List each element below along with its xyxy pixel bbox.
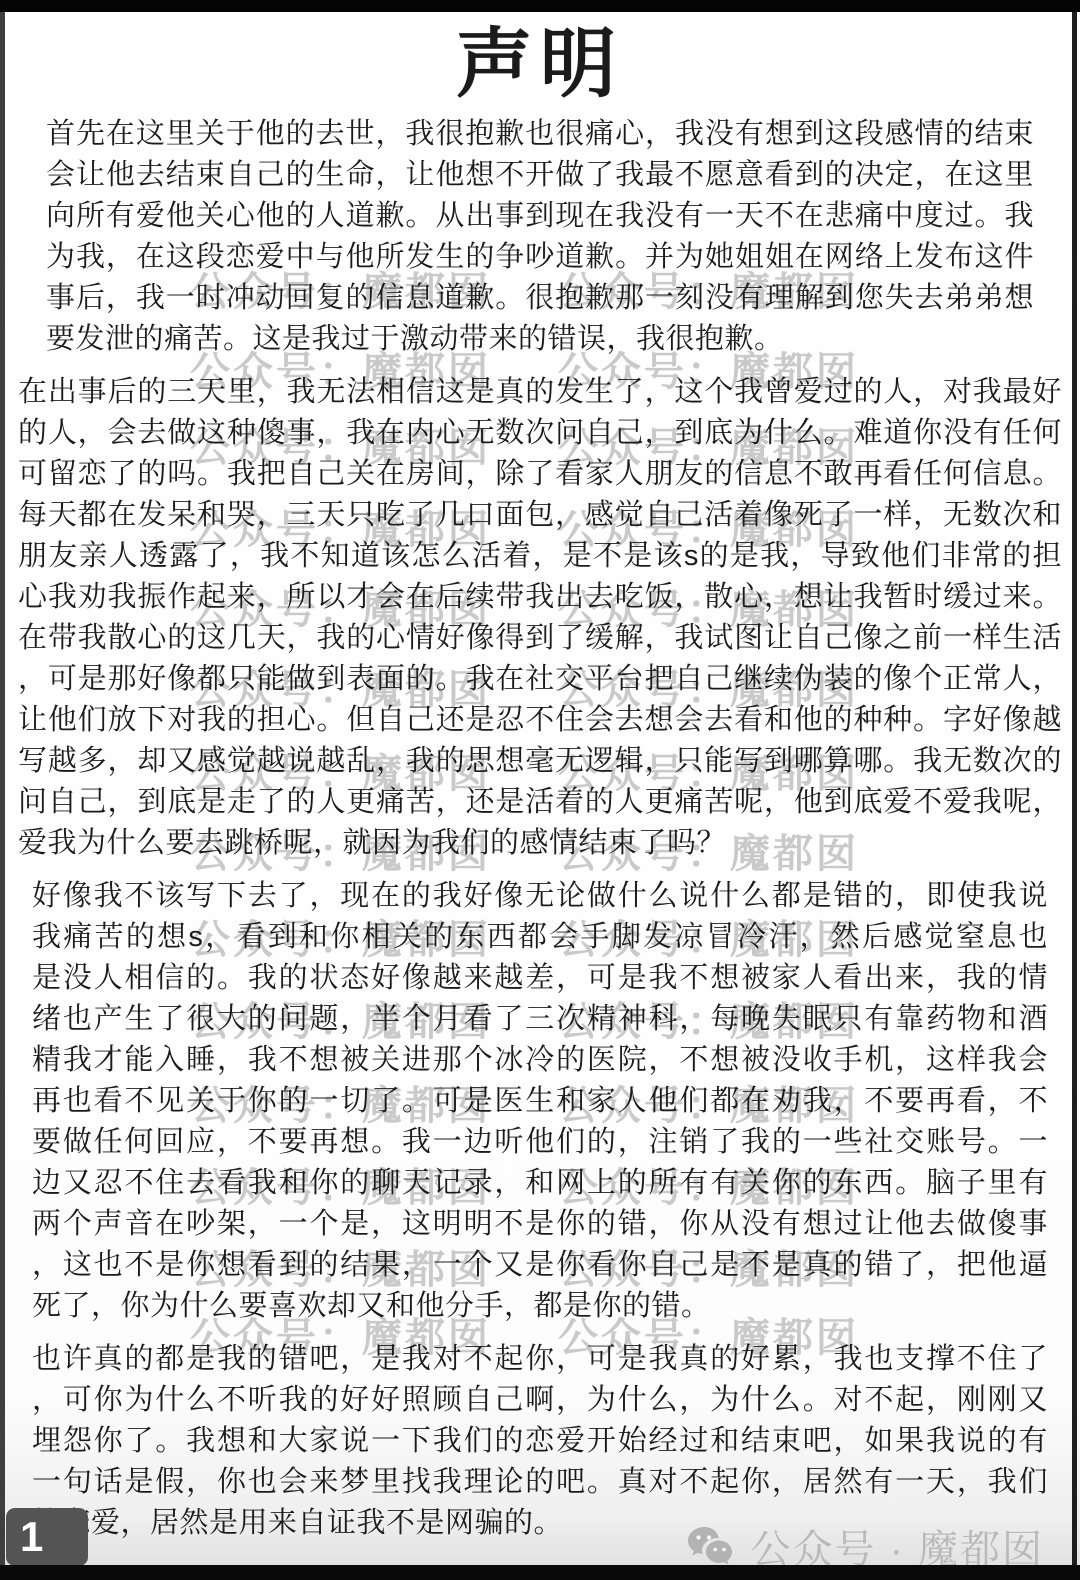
text-line: 边又忍不住去看我和你的聊天记录，和网上的所有有关你的东西。脑子里有 [32,1163,1048,1204]
paragraph: 在出事后的三天里，我无法相信这是真的发生了，这个我曾爱过的人，对我最好的人，会去… [18,372,1062,864]
text-line: 死了，你为什么要喜欢却又和他分手，都是你的错。 [32,1286,1048,1327]
text-line: 首先在这里关于他的去世，我很抱歉也很痛心，我没有想到这段感情的结束 [46,114,1034,155]
text-line: 写越多，却又感觉越说越乱，我的思想毫无逻辑，只能写到哪算哪。我无数次的 [18,741,1062,782]
text-line: 可留恋了的吗。我把自己关在房间，除了看家人朋友的信息不敢再看任何信息。 [18,454,1062,495]
text-line: 也许真的都是我的错吧，是我对不起你，可是我真的好累，我也支撑不住了 [32,1339,1048,1380]
text-line: 再也看不见关于你的一切了。可是医生和家人他们都在劝我，不要再看，不 [32,1081,1048,1122]
text-line: 让他们放下对我的担心。但自己还是忍不住会去想会去看和他的种种。字好像越 [18,700,1062,741]
page-title: 声明 [16,22,1064,108]
text-line: 在带我散心的这几天，我的心情好像得到了缓解，我试图让自己像之前一样生活 [18,618,1062,659]
text-line: 为我，在这段恋爱中与他所发生的争吵道歉。并为她姐姐在网络上发布这件 [46,237,1034,278]
left-border [0,12,5,1580]
text-line: 要做任何回应，不要再想。我一边听他们的，注销了我的一些社交账号。一 [32,1122,1048,1163]
text-line: 的人，会去做这种傻事，我在内心无数次问自己，到底为什么。难道你没有任何 [18,413,1062,454]
paragraph: 首先在这里关于他的去世，我很抱歉也很痛心，我没有想到这段感情的结束会让他去结束自… [46,114,1034,360]
text-line: 我痛苦的想s，看到和你相关的东西都会手脚发凉冒冷汗，然后感觉窒息也 [32,917,1048,958]
statement-body: 首先在这里关于他的去世，我很抱歉也很痛心，我没有想到这段感情的结束会让他去结束自… [16,114,1064,1544]
text-line: 绪也产生了很大的问题，半个月看了三次精神科，每晚失眠只有靠药物和酒 [32,999,1048,1040]
statement-page: 公众号：魔都囡公众号：魔都囡公众号：魔都囡公众号：魔都囡公众号：魔都囡公众号：魔… [0,0,1080,1580]
text-line: ，可是那好像都只能做到表面的。我在社交平台把自己继续伪装的像个正常人， [18,659,1062,700]
text-line: 精我才能入睡，我不想被关进那个冰冷的医院，不想被没收手机，这样我会 [32,1040,1048,1081]
text-line: 两个声音在吵架，一个是，这明明不是你的错，你从没有想过让他去做傻事 [32,1204,1048,1245]
wechat-icon [686,1526,736,1568]
text-line: 问自己，到底是走了的人更痛苦，还是活着的人更痛苦呢，他到底爱不爱我呢， [18,782,1062,823]
paragraph: 也许真的都是我的错吧，是我对不起你，可是我真的好累，我也支撑不住了，可你为什么不… [32,1339,1048,1544]
bottom-border [0,1565,1080,1580]
text-line: 要发泄的痛苦。这是我过于激动带来的错误，我很抱歉。 [46,319,1034,360]
text-line: 每天都在发呆和哭，三天只吃了几口面包，感觉自己活着像死了一样，无数次和 [18,495,1062,536]
text-line: ，这也不是你想看到的结果，一个又是你看你自己是不是真的错了，把他逼 [32,1245,1048,1286]
page-number-badge: 1 [6,1508,88,1566]
text-line: 会让他去结束自己的生命，让他想不开做了我最不愿意看到的决定，在这里 [46,155,1034,196]
text-line: 心我劝我振作起来，所以才会在后续带我出去吃饭，散心，想让我暂时缓过来。 [18,577,1062,618]
page-number: 1 [20,1516,43,1558]
text-line: 在出事后的三天里，我无法相信这是真的发生了，这个我曾爱过的人，对我最好 [18,372,1062,413]
text-line: ，可你为什么不听我的好好照顾自己啊，为什么，为什么。对不起，刚刚又 [32,1380,1048,1421]
text-line: 事后，我一时冲动回复的信息道歉。很抱歉那一刻没有理解到您失去弟弟想 [46,278,1034,319]
paragraph: 好像我不该写下去了，现在的我好像无论做什么说什么都是错的，即使我说我痛苦的想s，… [32,876,1048,1327]
text-line: 一句话是假，你也会来梦里找我理论的吧。真对不起你，居然有一天，我们 [32,1462,1048,1503]
text-line: 朋友亲人透露了，我不知道该怎么活着，是不是该s的是我，导致他们非常的担 [18,536,1062,577]
text-line: 好像我不该写下去了，现在的我好像无论做什么说什么都是错的，即使我说 [32,876,1048,917]
text-line: 埋怨你了。我想和大家说一下我们的恋爱开始经过和结束吧，如果我说的有 [32,1421,1048,1462]
statement-content: 声明 首先在这里关于他的去世，我很抱歉也很痛心，我没有想到这段感情的结束会让他去… [0,12,1080,1544]
text-line: 爱我为什么要去跳桥呢，就因为我们的感情结束了吗？ [18,823,1062,864]
right-border [1072,12,1077,1580]
text-line: 向所有爱他关心他的人道歉。从出事到现在我没有一天不在悲痛中度过。我 [46,196,1034,237]
text-line: 是没人相信的。我的状态好像越来越差，可是我不想被家人看出来，我的情 [32,958,1048,999]
